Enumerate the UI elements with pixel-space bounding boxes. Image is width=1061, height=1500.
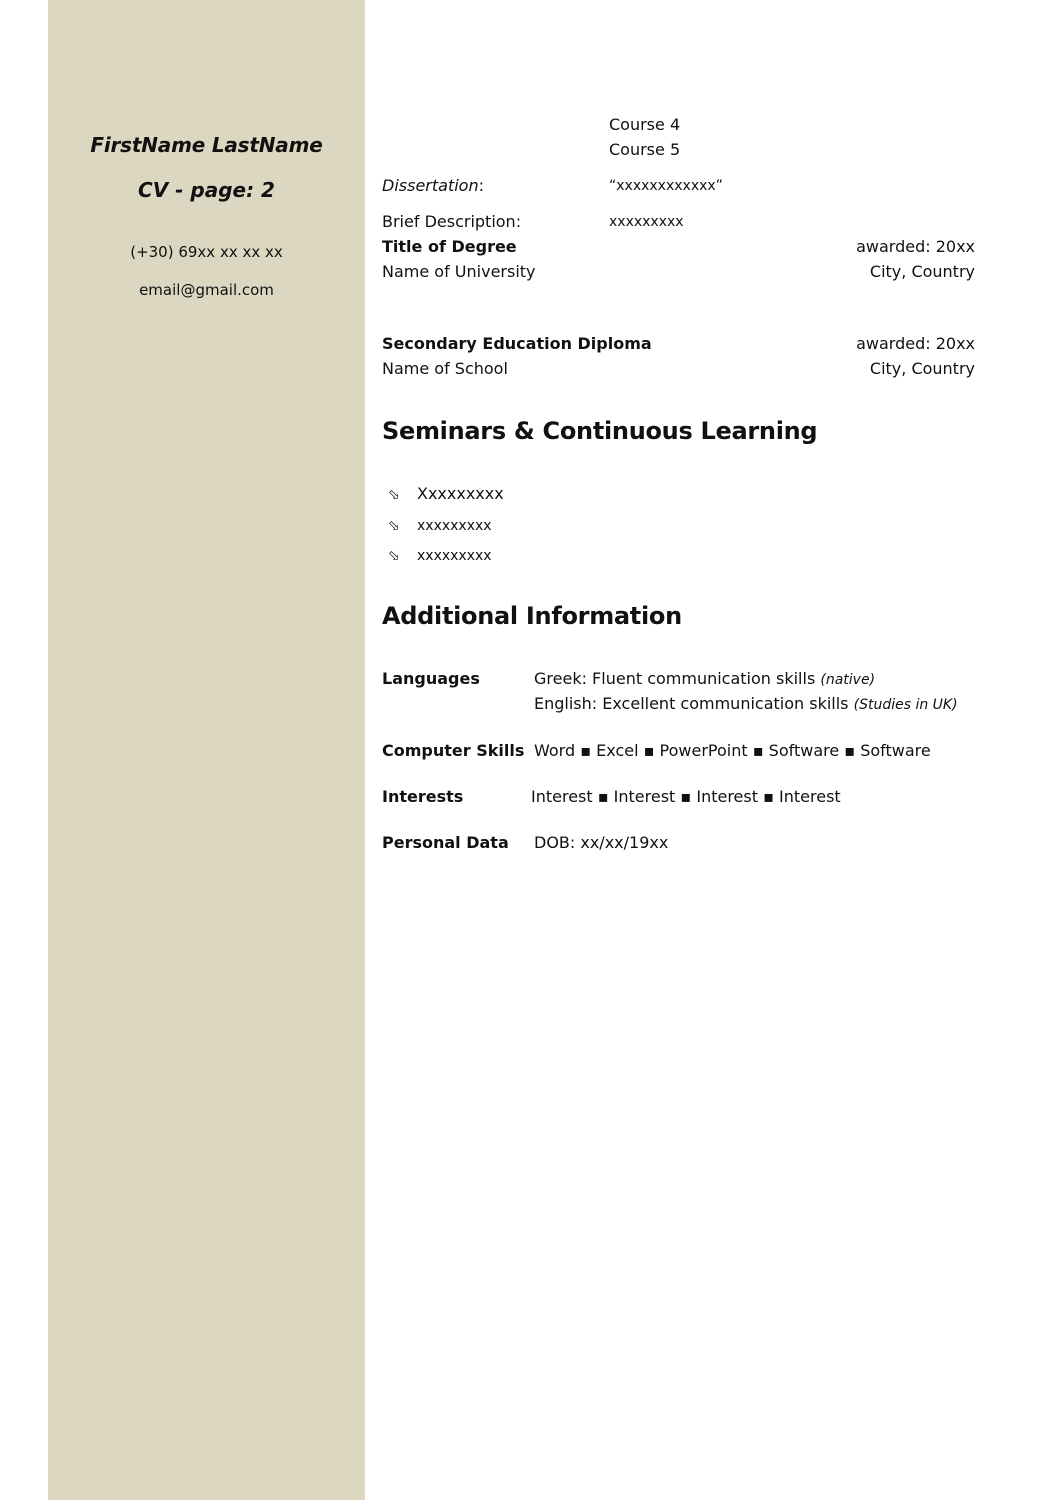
- languages-label: Languages: [382, 669, 480, 689]
- degree-title: Title of Degree: [382, 237, 517, 257]
- secondary-diploma-title: Secondary Education Diploma: [382, 334, 652, 354]
- university-name: Name of University: [382, 262, 536, 282]
- dissertation-label: Dissertation:: [382, 176, 484, 196]
- personal-data-label: Personal Data: [382, 833, 509, 853]
- university-location: City, Country: [870, 262, 975, 282]
- computer-skills-value: Word ▪ Excel ▪ PowerPoint ▪ Software ▪ S…: [534, 738, 931, 763]
- language-note: (Studies in UK): [854, 697, 958, 713]
- dissertation-value: “xxxxxxxxxxxx”: [609, 176, 723, 196]
- degree-awarded: awarded: 20xx: [856, 237, 975, 257]
- seminars-heading: Seminars & Continuous Learning: [382, 416, 817, 446]
- secondary-awarded: awarded: 20xx: [856, 334, 975, 354]
- computer-skills-label: Computer Skills: [382, 741, 524, 761]
- seminar-text: xxxxxxxxx: [417, 518, 492, 534]
- seminar-text: Xxxxxxxxx: [417, 484, 504, 503]
- school-name: Name of School: [382, 359, 508, 379]
- language-line: English: Excellent communication skills …: [534, 691, 958, 718]
- list-item: ⬂xxxxxxxxx: [382, 545, 492, 566]
- list-item: ⬂Xxxxxxxxx: [382, 484, 504, 505]
- course-item: Course 4: [609, 115, 680, 135]
- interests-value: Interest ▪ Interest ▪ Interest ▪ Interes…: [531, 784, 841, 809]
- arrow-down-right-icon: ⬂: [382, 546, 417, 566]
- brief-description-label: Brief Description:: [382, 212, 521, 232]
- interests-label: Interests: [382, 787, 463, 807]
- additional-info-heading: Additional Information: [382, 601, 682, 631]
- brief-description-value: xxxxxxxxx: [609, 212, 684, 232]
- personal-data-value: DOB: xx/xx/19xx: [534, 830, 668, 855]
- seminar-text: xxxxxxxxx: [417, 548, 492, 564]
- school-location: City, Country: [870, 359, 975, 379]
- candidate-name: FirstName LastName: [48, 133, 365, 157]
- language-text: English: Excellent communication skills: [534, 694, 854, 713]
- list-item: ⬂xxxxxxxxx: [382, 515, 492, 536]
- course-item: Course 5: [609, 140, 680, 160]
- page-label: CV - page: 2: [48, 178, 365, 202]
- sidebar: FirstName LastName CV - page: 2 (+30) 69…: [48, 0, 365, 1500]
- phone-number: (+30) 69xx xx xx xx: [48, 243, 365, 261]
- arrow-down-right-icon: ⬂: [382, 485, 417, 505]
- dissertation-label-text: Dissertation: [382, 176, 479, 195]
- email-address: email@gmail.com: [48, 281, 365, 299]
- language-line: Greek: Fluent communication skills (nati…: [534, 666, 875, 693]
- colon: :: [479, 176, 484, 195]
- language-text: Greek: Fluent communication skills: [534, 669, 820, 688]
- arrow-down-right-icon: ⬂: [382, 516, 417, 536]
- language-note: (native): [820, 672, 875, 688]
